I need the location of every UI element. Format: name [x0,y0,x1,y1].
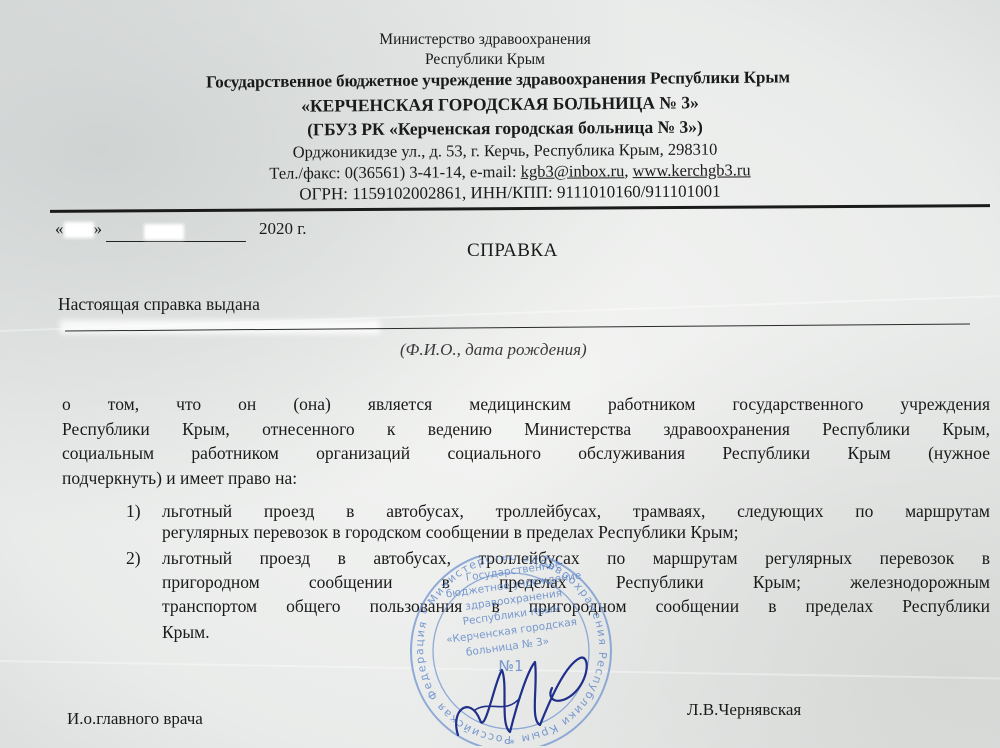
body-line: Республики Крым, отнесенного к ведению М… [62,419,990,440]
day-redacted [64,222,94,238]
month-field-redacted [106,221,246,242]
document-title: СПРАВКА [467,240,558,262]
document-date: «» 2020 г. [55,219,307,240]
date-close-quote: » [94,219,103,238]
list-item-number: 1) [126,501,141,522]
signatory-name: Л.В.Чернявская [687,700,801,720]
list-item-line: регулярных перевозок в городском сообщен… [162,522,738,543]
date-open-quote: « [55,219,64,238]
separator: , [624,161,632,180]
email-link[interactable]: kgb3@inbox.ru [521,161,625,181]
body-line: социальным работником организаций социал… [62,443,990,464]
date-year: 2020 г. [259,219,307,238]
letterhead-divider [50,204,990,213]
phone-fax: Тел./факс: 0(36561) 3-41-14, e-mail: [269,162,520,183]
ministry-line-1: Министерство здравоохранения [0,31,985,49]
signature-icon [440,640,600,745]
name-field-caption: (Ф.И.О., дата рождения) [400,340,587,360]
body-line: подчеркнуть) и имеет право на: [62,468,990,489]
website-link[interactable]: www.kerchgb3.ru [633,160,751,180]
signatory-role: И.о.главного врача [67,709,203,729]
list-item-number: 2) [126,548,141,569]
list-item-line: льготный проезд в автобусах, троллейбуса… [162,501,990,522]
name-redacted [60,320,380,334]
list-item-line: Крым. [162,622,210,643]
issued-to-label: Настоящая справка выдана [58,294,260,315]
body-line: о том, что он (она) является медицинским… [62,394,990,415]
